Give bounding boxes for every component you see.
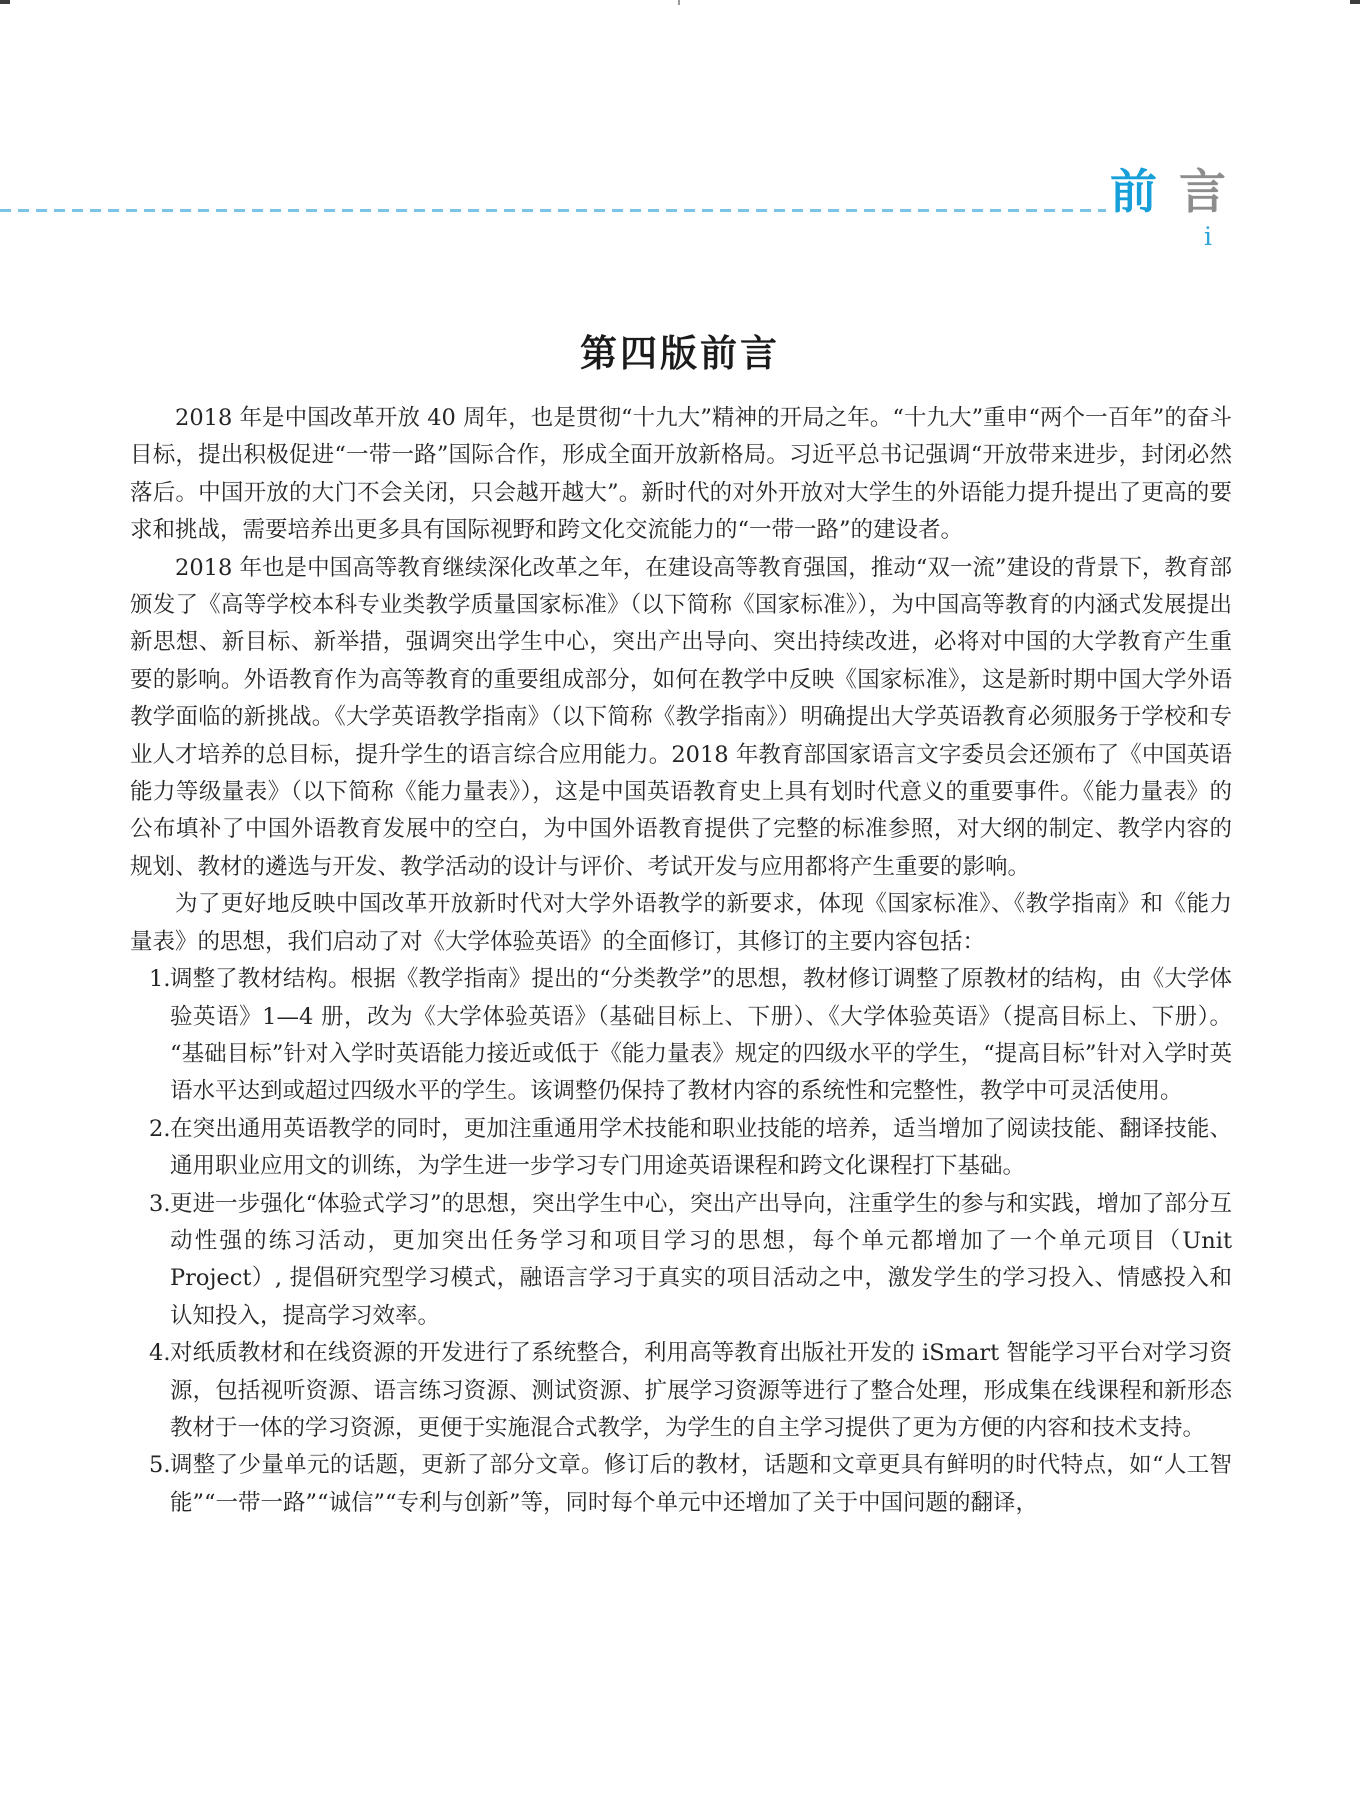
paragraph-2: 2018 年也是中国高等教育继续深化改革之年，在建设高等教育强国，推动“双一流”… bbox=[130, 550, 1232, 887]
running-head-char-qian: 前 bbox=[1110, 165, 1157, 220]
list-item: 4. 对纸质教材和在线资源的开发进行了系统整合，利用高等教育出版社开发的 iSm… bbox=[170, 1335, 1232, 1447]
page-title: 第四版前言 bbox=[0, 323, 1360, 377]
list-item-text: 在突出通用英语教学的同时，更加注重通用学术技能和职业技能的培养，适当增加了阅读技… bbox=[170, 1116, 1232, 1179]
header-dashed-rule bbox=[0, 209, 1106, 212]
list-item: 3. 更进一步强化“体验式学习”的思想，突出学生中心，突出产出导向，注重学生的参… bbox=[170, 1186, 1232, 1336]
running-head-char-yan: 言 bbox=[1179, 165, 1226, 220]
list-item-text: 对纸质教材和在线资源的开发进行了系统整合，利用高等教育出版社开发的 iSmart… bbox=[170, 1340, 1232, 1441]
list-item-number: 1. bbox=[149, 961, 170, 998]
list-item: 5. 调整了少量单元的话题，更新了部分文章。修订后的教材，话题和文章更具有鲜明的… bbox=[170, 1447, 1232, 1522]
list-item-number: 3. bbox=[149, 1186, 170, 1223]
scan-mark-left bbox=[0, 0, 10, 4]
list-item-number: 5. bbox=[149, 1447, 170, 1484]
scan-mark-center bbox=[678, 0, 680, 5]
list-item: 1. 调整了教材结构。根据《教学指南》提出的“分类教学”的思想，教材修订调整了原… bbox=[170, 961, 1232, 1111]
page-number: i bbox=[1204, 222, 1212, 251]
list-item-text: 调整了教材结构。根据《教学指南》提出的“分类教学”的思想，教材修订调整了原教材的… bbox=[170, 966, 1232, 1104]
list-item-text: 更进一步强化“体验式学习”的思想，突出学生中心，突出产出导向，注重学生的参与和实… bbox=[170, 1191, 1232, 1329]
document-page: 前言 i 第四版前言 2018 年是中国改革开放 40 周年，也是贯彻“十九大”… bbox=[0, 0, 1360, 1801]
list-item-text: 调整了少量单元的话题，更新了部分文章。修订后的教材，话题和文章更具有鲜明的时代特… bbox=[170, 1452, 1232, 1515]
revision-list: 1. 调整了教材结构。根据《教学指南》提出的“分类教学”的思想，教材修订调整了原… bbox=[130, 961, 1232, 1522]
list-item-number: 4. bbox=[149, 1335, 170, 1372]
scan-mark-right bbox=[1350, 0, 1360, 4]
preface-body: 2018 年是中国改革开放 40 周年，也是贯彻“十九大”精神的开局之年。“十九… bbox=[130, 400, 1232, 1522]
running-head: 前言 bbox=[1110, 167, 1226, 219]
paragraph-1: 2018 年是中国改革开放 40 周年，也是贯彻“十九大”精神的开局之年。“十九… bbox=[130, 400, 1232, 550]
list-item-number: 2. bbox=[149, 1111, 170, 1148]
list-item: 2. 在突出通用英语教学的同时，更加注重通用学术技能和职业技能的培养，适当增加了… bbox=[170, 1111, 1232, 1186]
paragraph-3: 为了更好地反映中国改革开放新时代对大学外语教学的新要求，体现《国家标准》、《教学… bbox=[130, 886, 1232, 961]
